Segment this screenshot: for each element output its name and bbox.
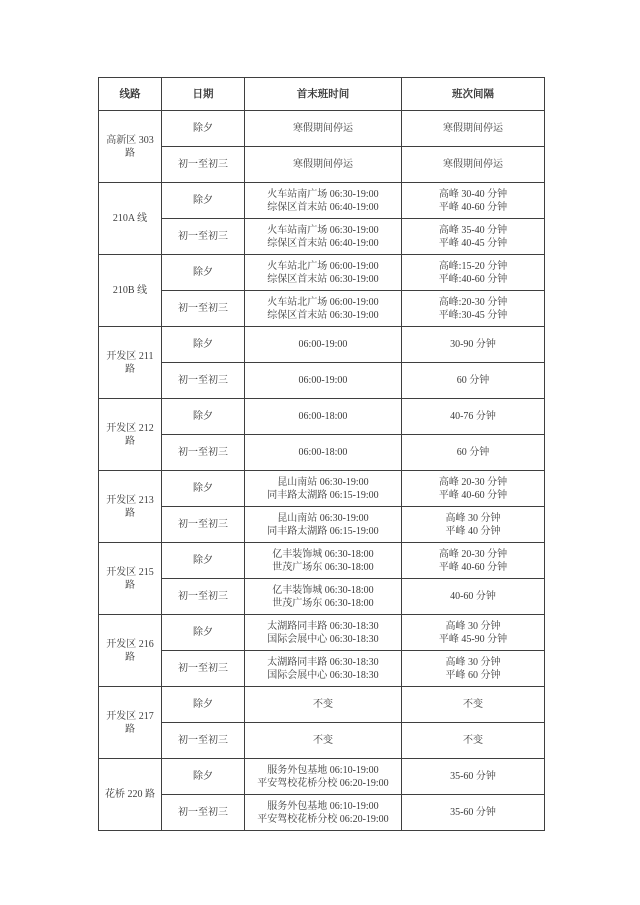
times-cell: 亿丰装饰城 06:30-18:00 世茂广场东 06:30-18:00 [245, 543, 402, 579]
times-cell: 服务外包基地 06:10-19:00 平安驾校花桥分校 06:20-19:00 [245, 795, 402, 831]
interval-cell: 高峰 30-40 分钟 平峰 40-60 分钟 [402, 183, 545, 219]
times-cell: 火车站南广场 06:30-19:00 综保区首末站 06:40-19:00 [245, 219, 402, 255]
interval-cell: 60 分钟 [402, 363, 545, 399]
interval-cell: 30-90 分钟 [402, 327, 545, 363]
times-cell: 太湖路同丰路 06:30-18:30 国际会展中心 06:30-18:30 [245, 615, 402, 651]
interval-cell: 40-60 分钟 [402, 579, 545, 615]
column-header-interval: 班次间隔 [402, 78, 545, 111]
table-row: 开发区 212 路 除夕 06:00-18:00 40-76 分钟 [99, 399, 545, 435]
date-cell: 初一至初三 [162, 291, 245, 327]
table-row: 初一至初三 昆山南站 06:30-19:00 同丰路太湖路 06:15-19:0… [99, 507, 545, 543]
interval-cell: 40-76 分钟 [402, 399, 545, 435]
date-cell: 初一至初三 [162, 147, 245, 183]
interval-cell: 寒假期间停运 [402, 147, 545, 183]
table-row: 初一至初三 不变 不变 [99, 723, 545, 759]
date-cell: 初一至初三 [162, 219, 245, 255]
interval-cell: 不变 [402, 687, 545, 723]
route-cell: 开发区 213 路 [99, 471, 162, 543]
table-row: 高新区 303 路 除夕 寒假期间停运 寒假期间停运 [99, 111, 545, 147]
route-cell: 开发区 217 路 [99, 687, 162, 759]
times-cell: 不变 [245, 723, 402, 759]
table-row: 花桥 220 路 除夕 服务外包基地 06:10-19:00 平安驾校花桥分校 … [99, 759, 545, 795]
interval-cell: 35-60 分钟 [402, 759, 545, 795]
interval-cell: 高峰 30 分钟 平峰 40 分钟 [402, 507, 545, 543]
times-cell: 06:00-19:00 [245, 363, 402, 399]
table-row: 初一至初三 火车站北广场 06:00-19:00 综保区首末站 06:30-19… [99, 291, 545, 327]
interval-cell: 高峰 35-40 分钟 平峰 40-45 分钟 [402, 219, 545, 255]
times-cell: 火车站北广场 06:00-19:00 综保区首末站 06:30-19:00 [245, 255, 402, 291]
date-cell: 除夕 [162, 543, 245, 579]
times-cell: 火车站北广场 06:00-19:00 综保区首末站 06:30-19:00 [245, 291, 402, 327]
bus-schedule-table: 线路 日期 首末班时间 班次间隔 高新区 303 路 除夕 寒假期间停运 寒假期… [98, 77, 545, 831]
route-cell: 开发区 212 路 [99, 399, 162, 471]
date-cell: 初一至初三 [162, 795, 245, 831]
times-cell: 06:00-19:00 [245, 327, 402, 363]
interval-cell: 高峰 30 分钟 平峰 45-90 分钟 [402, 615, 545, 651]
header-row: 线路 日期 首末班时间 班次间隔 [99, 78, 545, 111]
times-cell: 昆山南站 06:30-19:00 同丰路太湖路 06:15-19:00 [245, 471, 402, 507]
table-row: 开发区 216 路 除夕 太湖路同丰路 06:30-18:30 国际会展中心 0… [99, 615, 545, 651]
date-cell: 初一至初三 [162, 363, 245, 399]
table-row: 初一至初三 06:00-18:00 60 分钟 [99, 435, 545, 471]
date-cell: 除夕 [162, 183, 245, 219]
date-cell: 初一至初三 [162, 435, 245, 471]
times-cell: 昆山南站 06:30-19:00 同丰路太湖路 06:15-19:00 [245, 507, 402, 543]
date-cell: 除夕 [162, 399, 245, 435]
date-cell: 除夕 [162, 255, 245, 291]
date-cell: 初一至初三 [162, 507, 245, 543]
table-row: 初一至初三 寒假期间停运 寒假期间停运 [99, 147, 545, 183]
table-row: 开发区 215 路 除夕 亿丰装饰城 06:30-18:00 世茂广场东 06:… [99, 543, 545, 579]
date-cell: 除夕 [162, 687, 245, 723]
route-cell: 花桥 220 路 [99, 759, 162, 831]
interval-cell: 寒假期间停运 [402, 111, 545, 147]
times-cell: 寒假期间停运 [245, 147, 402, 183]
times-cell: 火车站南广场 06:30-19:00 综保区首末站 06:40-19:00 [245, 183, 402, 219]
route-cell: 开发区 216 路 [99, 615, 162, 687]
table-row: 开发区 211 路 除夕 06:00-19:00 30-90 分钟 [99, 327, 545, 363]
interval-cell: 高峰 30 分钟 平峰 60 分钟 [402, 651, 545, 687]
interval-cell: 高峰 20-30 分钟 平峰 40-60 分钟 [402, 471, 545, 507]
table-row: 初一至初三 服务外包基地 06:10-19:00 平安驾校花桥分校 06:20-… [99, 795, 545, 831]
document-page: 线路 日期 首末班时间 班次间隔 高新区 303 路 除夕 寒假期间停运 寒假期… [0, 0, 640, 905]
column-header-route: 线路 [99, 78, 162, 111]
route-cell: 开发区 215 路 [99, 543, 162, 615]
times-cell: 寒假期间停运 [245, 111, 402, 147]
date-cell: 除夕 [162, 327, 245, 363]
table-row: 初一至初三 火车站南广场 06:30-19:00 综保区首末站 06:40-19… [99, 219, 545, 255]
interval-cell: 60 分钟 [402, 435, 545, 471]
times-cell: 06:00-18:00 [245, 399, 402, 435]
route-cell: 高新区 303 路 [99, 111, 162, 183]
date-cell: 初一至初三 [162, 651, 245, 687]
times-cell: 太湖路同丰路 06:30-18:30 国际会展中心 06:30-18:30 [245, 651, 402, 687]
interval-cell: 高峰:20-30 分钟 平峰:30-45 分钟 [402, 291, 545, 327]
table-row: 初一至初三 06:00-19:00 60 分钟 [99, 363, 545, 399]
route-cell: 210B 线 [99, 255, 162, 327]
times-cell: 亿丰装饰城 06:30-18:00 世茂广场东 06:30-18:00 [245, 579, 402, 615]
date-cell: 初一至初三 [162, 579, 245, 615]
column-header-date: 日期 [162, 78, 245, 111]
table-row: 初一至初三 亿丰装饰城 06:30-18:00 世茂广场东 06:30-18:0… [99, 579, 545, 615]
times-cell: 不变 [245, 687, 402, 723]
times-cell: 服务外包基地 06:10-19:00 平安驾校花桥分校 06:20-19:00 [245, 759, 402, 795]
date-cell: 除夕 [162, 759, 245, 795]
interval-cell: 高峰 20-30 分钟 平峰 40-60 分钟 [402, 543, 545, 579]
route-cell: 开发区 211 路 [99, 327, 162, 399]
interval-cell: 高峰:15-20 分钟 平峰:40-60 分钟 [402, 255, 545, 291]
interval-cell: 不变 [402, 723, 545, 759]
date-cell: 除夕 [162, 471, 245, 507]
date-cell: 除夕 [162, 615, 245, 651]
column-header-times: 首末班时间 [245, 78, 402, 111]
table-row: 开发区 213 路 除夕 昆山南站 06:30-19:00 同丰路太湖路 06:… [99, 471, 545, 507]
route-cell: 210A 线 [99, 183, 162, 255]
table-row: 210B 线 除夕 火车站北广场 06:00-19:00 综保区首末站 06:3… [99, 255, 545, 291]
table-row: 初一至初三 太湖路同丰路 06:30-18:30 国际会展中心 06:30-18… [99, 651, 545, 687]
table-row: 210A 线 除夕 火车站南广场 06:30-19:00 综保区首末站 06:4… [99, 183, 545, 219]
times-cell: 06:00-18:00 [245, 435, 402, 471]
date-cell: 除夕 [162, 111, 245, 147]
date-cell: 初一至初三 [162, 723, 245, 759]
interval-cell: 35-60 分钟 [402, 795, 545, 831]
table-row: 开发区 217 路 除夕 不变 不变 [99, 687, 545, 723]
